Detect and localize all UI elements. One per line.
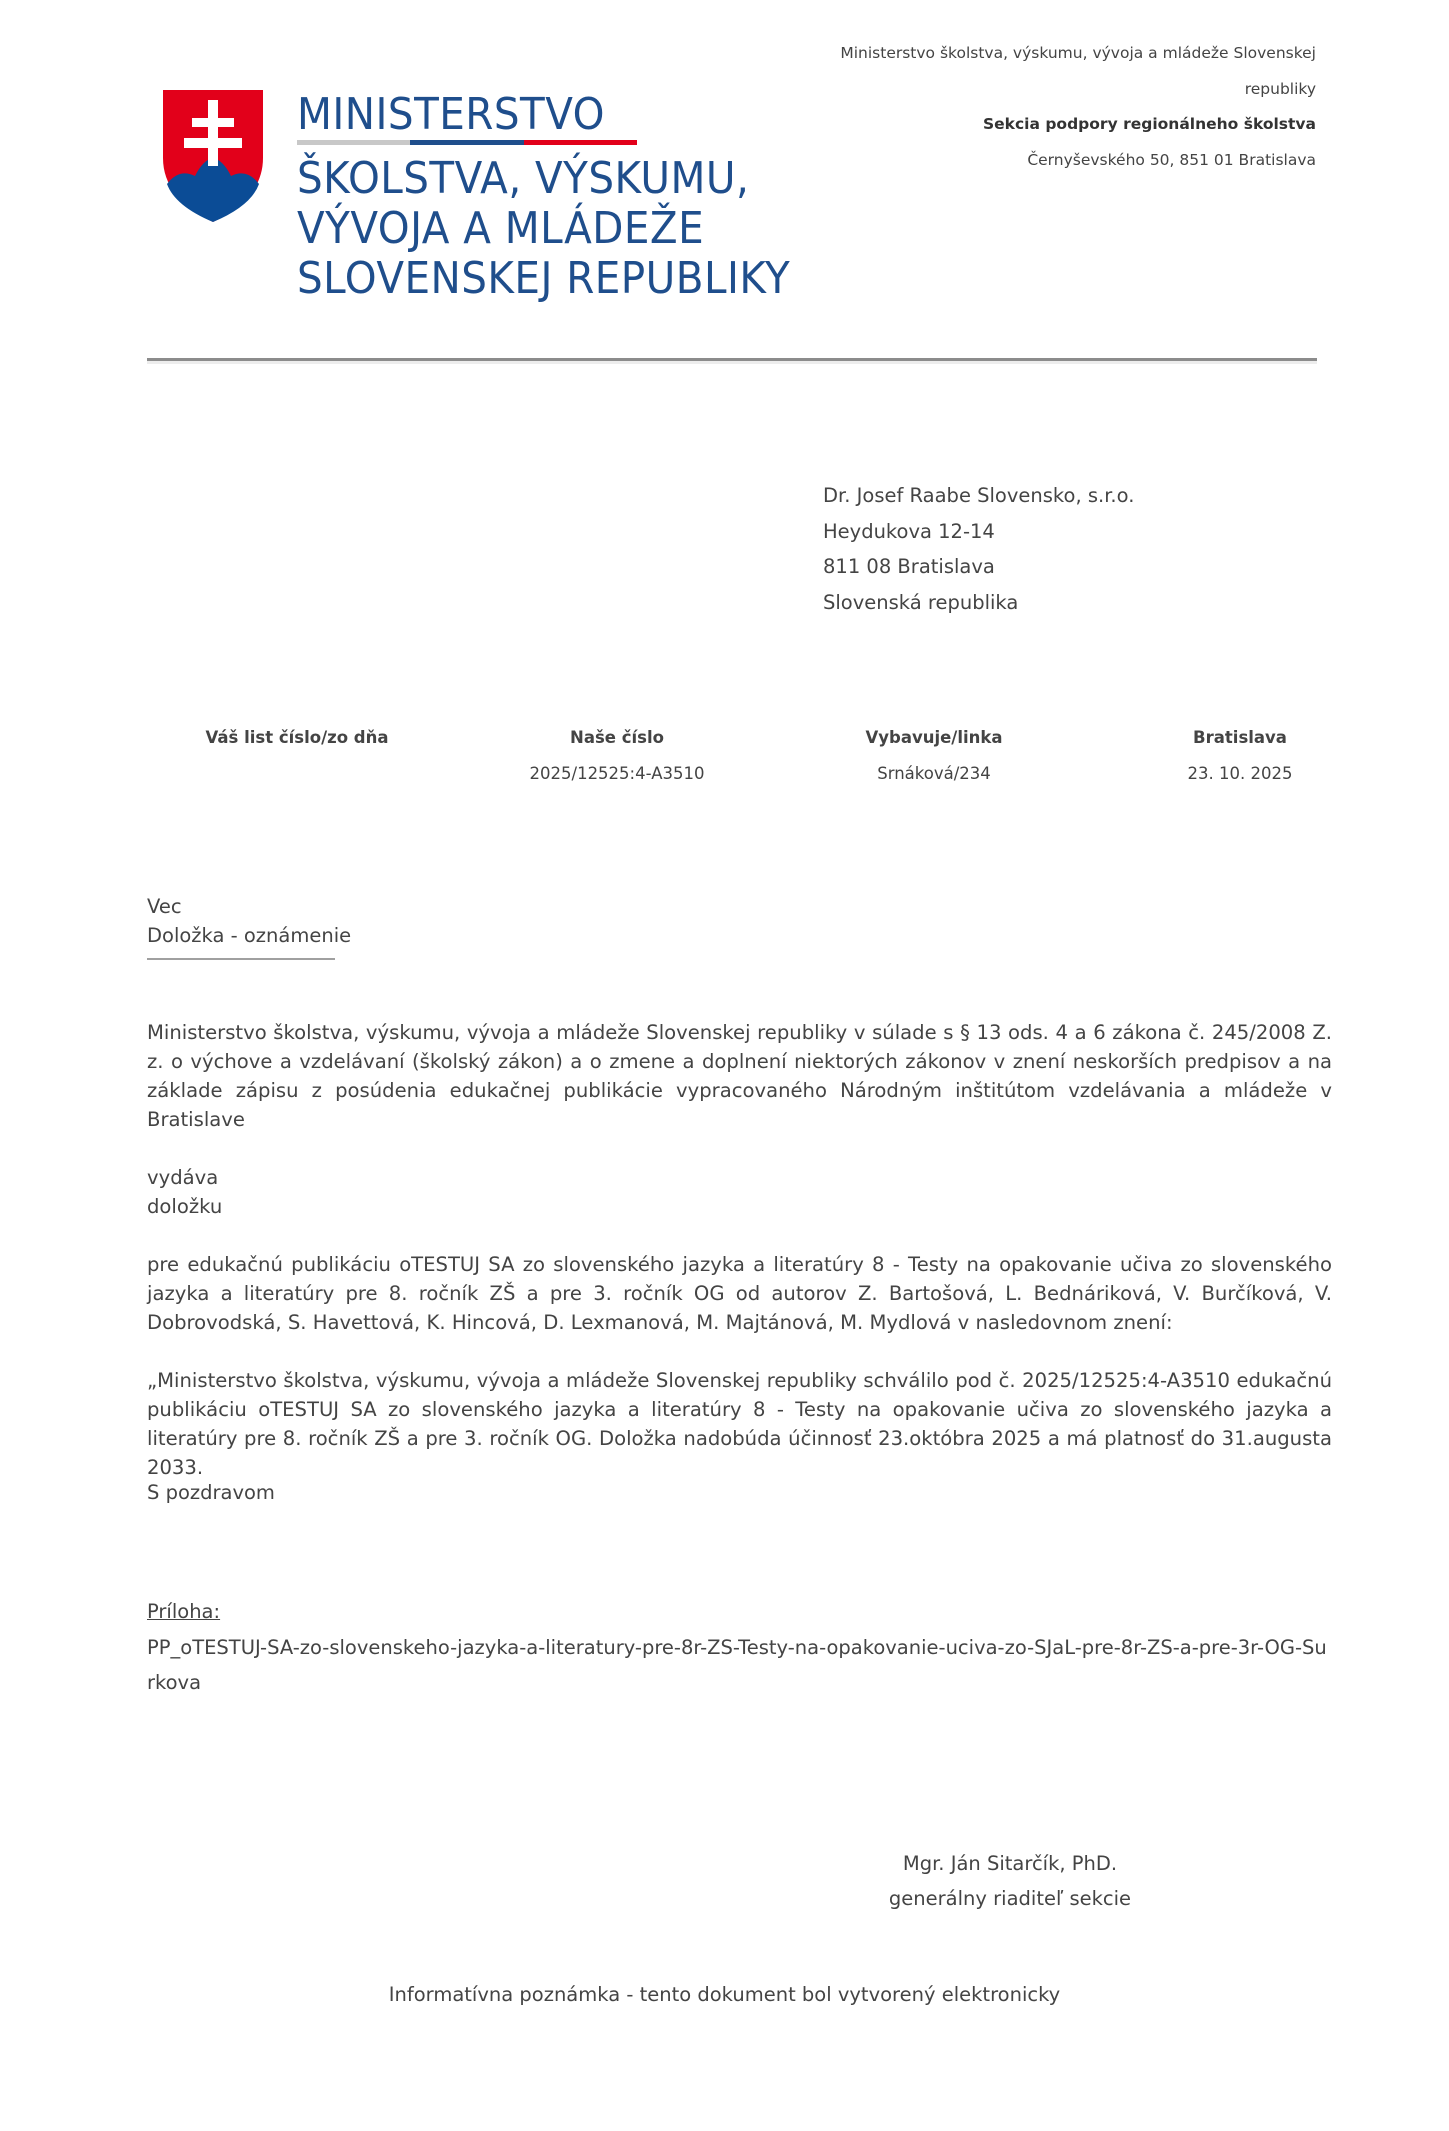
recipient-street: Heydukova 12-14 <box>823 514 1134 550</box>
issues-word: vydáva <box>147 1166 218 1189</box>
logo-line-3: VÝVOJA A MLÁDEŽE <box>297 204 790 254</box>
logo-line-1: MINISTERSTVO <box>297 90 790 140</box>
ref-header: Váš list číslo/zo dňa <box>147 720 447 756</box>
ref-header: Vybavuje/linka <box>784 720 1084 756</box>
signatory-title: generálny riaditeľ sekcie <box>880 1881 1140 1916</box>
greeting: S pozdravom <box>147 1478 275 1507</box>
org-name-line-2: republiky <box>840 72 1316 108</box>
ref-col-your-letter: Váš list číslo/zo dňa <box>147 720 447 792</box>
letter-body: Ministerstvo školstva, výskumu, vývoja a… <box>147 1018 1332 1511</box>
subject-text: Doložka - oznámenie <box>147 921 351 950</box>
org-name-line-1: Ministerstvo školstva, výskumu, vývoja a… <box>840 36 1316 72</box>
recipient-name: Dr. Josef Raabe Slovensko, s.r.o. <box>823 478 1134 514</box>
attachment-label: Príloha: <box>147 1594 1347 1630</box>
body-paragraph-2: vydáva doložku <box>147 1163 1332 1221</box>
attachment-block: Príloha: PP_oTESTUJ-SA-zo-slovenskeho-ja… <box>147 1594 1347 1701</box>
recipient-address: Dr. Josef Raabe Slovensko, s.r.o. Heyduk… <box>823 478 1134 620</box>
ref-value: 23. 10. 2025 <box>1090 756 1390 792</box>
subject-underline <box>147 958 335 960</box>
body-paragraph-3: pre edukačnú publikáciu oTESTUJ SA zo sl… <box>147 1250 1332 1337</box>
logo-line-4: SLOVENSKEJ REPUBLIKY <box>297 254 790 304</box>
ref-header: Naše číslo <box>467 720 767 756</box>
org-section: Sekcia podpory regionálneho školstva <box>983 115 1316 133</box>
ref-value <box>147 756 447 792</box>
signature-block: Mgr. Ján Sitarčík, PhD. generálny riadit… <box>880 1846 1140 1916</box>
sender-organization: Ministerstvo školstva, výskumu, vývoja a… <box>840 36 1316 178</box>
ref-col-our-number: Naše číslo 2025/12525:4-A3510 <box>467 720 767 792</box>
body-paragraph-1: Ministerstvo školstva, výskumu, vývoja a… <box>147 1018 1332 1134</box>
ref-value: Srnáková/234 <box>784 756 1084 792</box>
subject-label: Vec <box>147 892 351 921</box>
recipient-city: 811 08 Bratislava <box>823 549 1134 585</box>
ref-value: 2025/12525:4-A3510 <box>467 756 767 792</box>
ref-col-date: Bratislava 23. 10. 2025 <box>1090 720 1390 792</box>
attachment-filename: PP_oTESTUJ-SA-zo-slovenskeho-jazyka-a-li… <box>147 1630 1327 1701</box>
logo-line-2: ŠKOLSTVA, VÝSKUMU, <box>297 154 790 204</box>
signatory-name: Mgr. Ján Sitarčík, PhD. <box>880 1846 1140 1881</box>
header-divider <box>147 358 1317 364</box>
footer-note: Informatívna poznámka - tento dokument b… <box>0 1980 1449 2010</box>
subject-block: Vec Doložka - oznámenie <box>147 892 351 950</box>
org-address: Černyševského 50, 851 01 Bratislava <box>840 143 1316 179</box>
ref-col-handled-by: Vybavuje/linka Srnáková/234 <box>784 720 1084 792</box>
recipient-country: Slovenská republika <box>823 585 1134 621</box>
logo-wordmark: MINISTERSTVO ŠKOLSTVA, VÝSKUMU, VÝVOJA A… <box>297 90 790 304</box>
body-paragraph-4: „Ministerstvo školstva, výskumu, vývoja … <box>147 1366 1332 1482</box>
ref-header: Bratislava <box>1090 720 1390 756</box>
clause-word: doložku <box>147 1195 222 1218</box>
slovak-coat-of-arms-icon <box>159 88 267 224</box>
logo-tricolor-bar <box>297 140 637 145</box>
ministry-logo: MINISTERSTVO ŠKOLSTVA, VÝSKUMU, VÝVOJA A… <box>159 88 839 308</box>
